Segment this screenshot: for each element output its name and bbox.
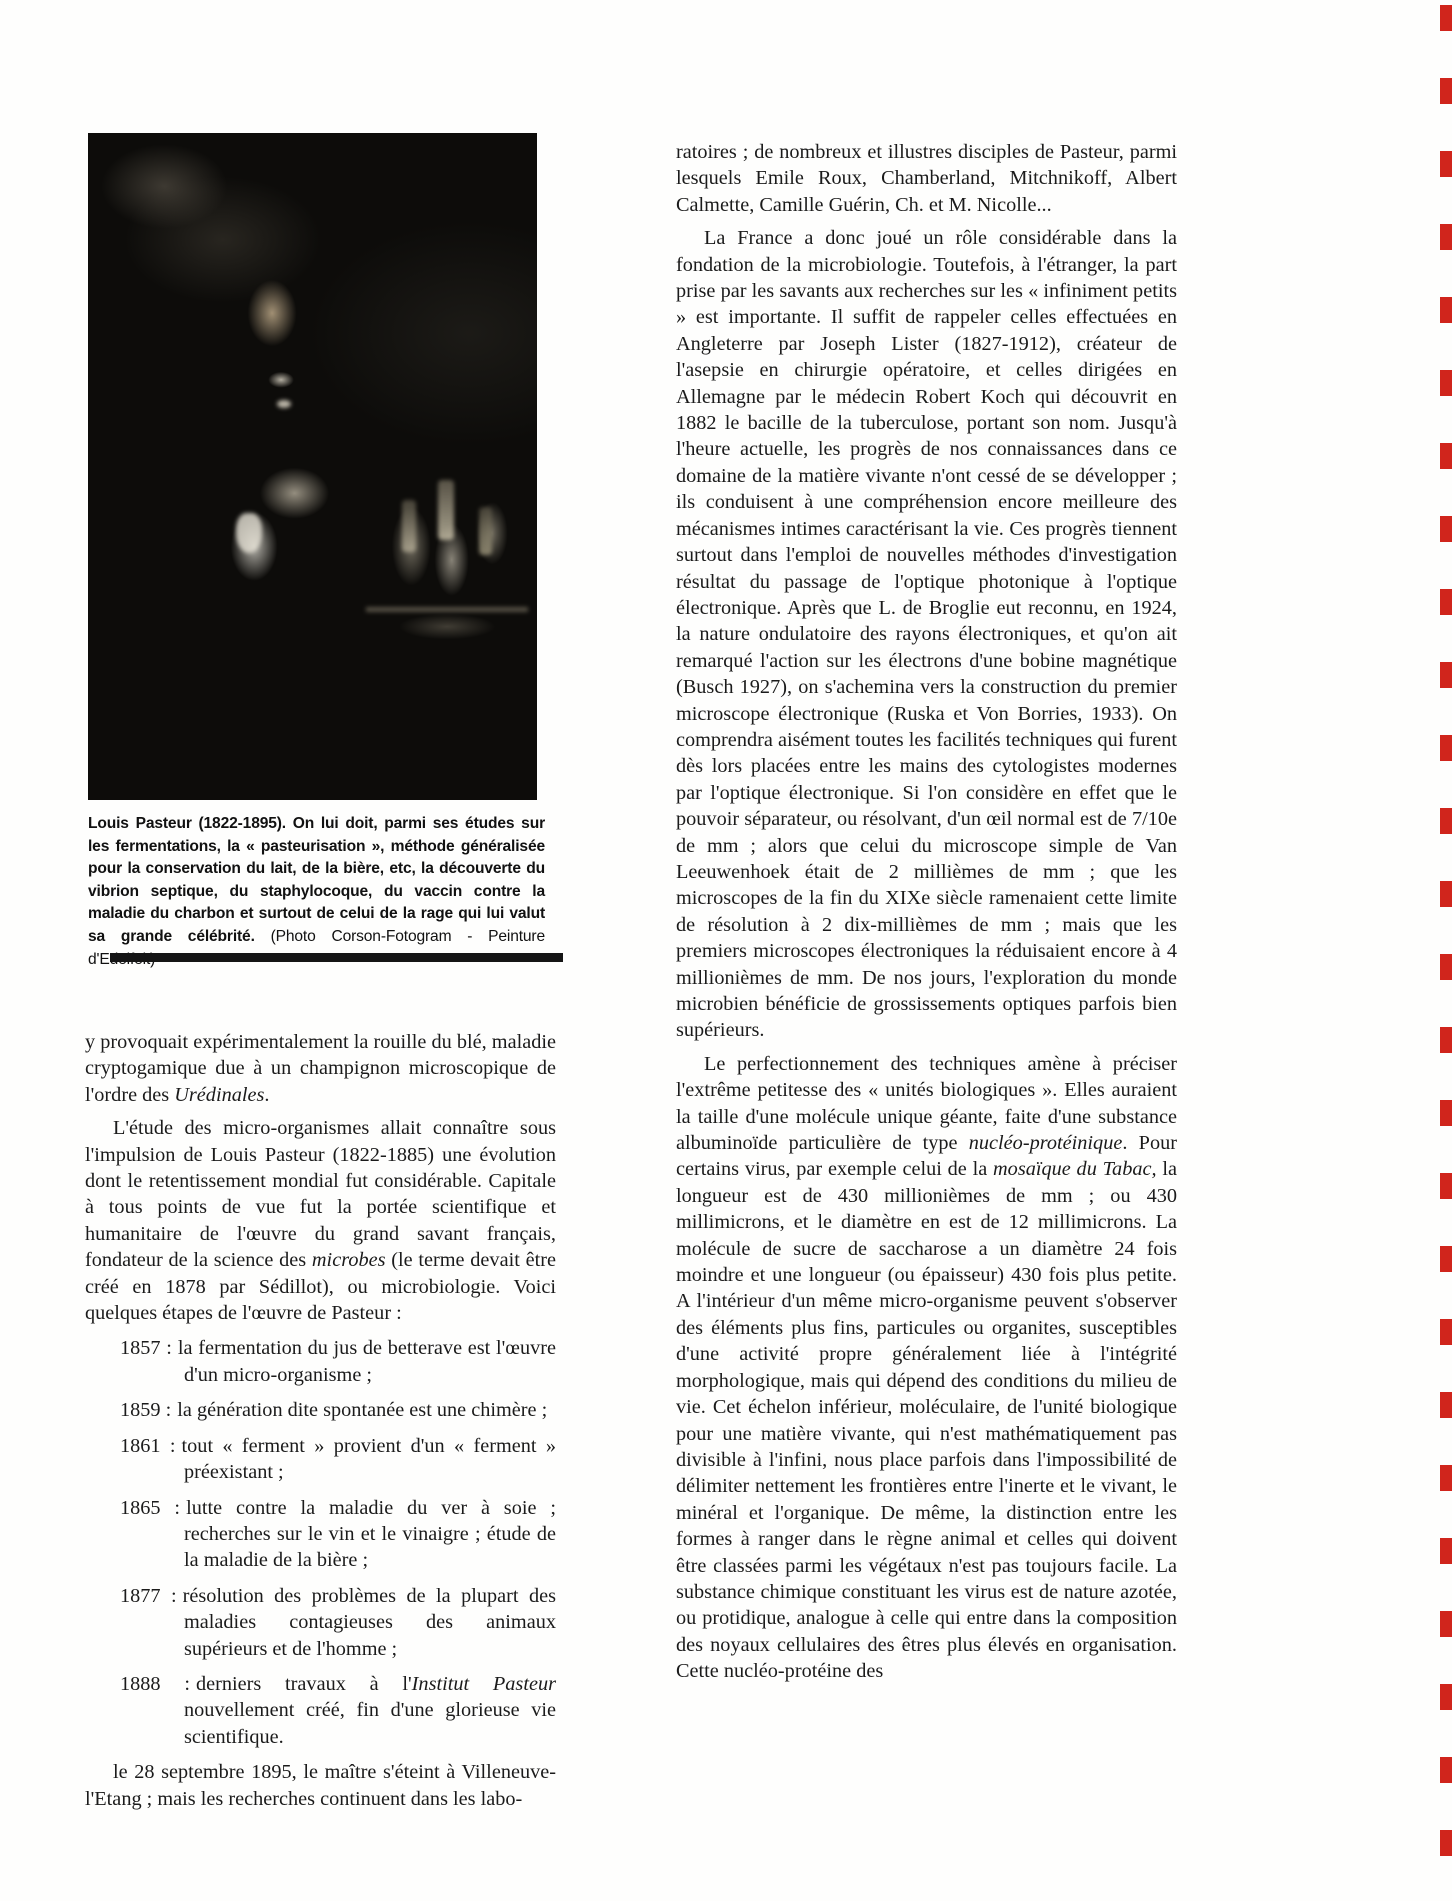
timeline-text: lutte contre la maladie du ver à soie ; … bbox=[184, 1497, 556, 1572]
timeline-year: 1861 : bbox=[120, 1435, 176, 1457]
photo-caption: Louis Pasteur (1822-1895). On lui doit, … bbox=[88, 813, 545, 971]
timeline-year: 1877 : bbox=[120, 1585, 177, 1607]
timeline-entry: 1861 :tout « ferment » provient d'un « f… bbox=[85, 1433, 556, 1486]
timeline-text: tout « ferment » provient d'un « ferment… bbox=[182, 1435, 556, 1483]
left-column: y provoquait expérimentalement la rouill… bbox=[85, 1029, 556, 1812]
pasteur-photo bbox=[88, 133, 537, 800]
body-paragraph: L'étude des micro-organismes allait conn… bbox=[85, 1115, 556, 1326]
body-paragraph: y provoquait expérimentalement la rouill… bbox=[85, 1029, 556, 1108]
body-paragraph: Le perfectionnement des techniques amène… bbox=[676, 1051, 1177, 1685]
timeline-text: la génération dite spontanée est une chi… bbox=[177, 1399, 547, 1421]
timeline-year: 1857 : bbox=[120, 1337, 172, 1359]
timeline-year: 1865 : bbox=[120, 1497, 180, 1519]
body-paragraph: ratoires ; de nombreux et illustres disc… bbox=[676, 139, 1177, 218]
photo-caption-text: Louis Pasteur (1822-1895). On lui doit, … bbox=[88, 815, 545, 945]
glassware-bottle bbox=[402, 500, 416, 552]
flask-highlight bbox=[236, 513, 262, 553]
glassware-bottle bbox=[479, 507, 492, 555]
timeline-year: 1888 : bbox=[120, 1673, 190, 1695]
body-paragraph: La France a donc joué un rôle considérab… bbox=[676, 225, 1177, 1044]
timeline-entry: 1857 :la fermentation du jus de betterav… bbox=[85, 1335, 556, 1388]
glassware-bottle bbox=[438, 480, 454, 540]
bench-edge bbox=[366, 607, 528, 612]
scanned-page: Louis Pasteur (1822-1895). On lui doit, … bbox=[0, 0, 1452, 1901]
timeline-text: derniers travaux à l'Institut Pasteur no… bbox=[184, 1673, 556, 1748]
timeline-entry: 1888 :derniers travaux à l'Institut Past… bbox=[85, 1671, 556, 1750]
timeline-entry: 1877 :résolution des problèmes de la plu… bbox=[85, 1583, 556, 1662]
timeline-text: la fermentation du jus de betterave est … bbox=[178, 1337, 556, 1385]
body-paragraph: le 28 septembre 1895, le maître s'éteint… bbox=[85, 1759, 556, 1812]
timeline-text: résolution des problèmes de la plupart d… bbox=[183, 1585, 556, 1660]
timeline-year: 1859 : bbox=[120, 1399, 171, 1421]
pasteur-timeline: 1857 :la fermentation du jus de betterav… bbox=[85, 1335, 556, 1750]
collar-highlight bbox=[277, 400, 291, 408]
timeline-entry: 1859 :la génération dite spontanée est u… bbox=[85, 1397, 556, 1423]
right-column: ratoires ; de nombreux et illustres disc… bbox=[676, 139, 1177, 1685]
edge-marks bbox=[1438, 0, 1452, 1901]
timeline-entry: 1865 :lutte contre la maladie du ver à s… bbox=[85, 1495, 556, 1574]
section-rule bbox=[110, 953, 563, 962]
